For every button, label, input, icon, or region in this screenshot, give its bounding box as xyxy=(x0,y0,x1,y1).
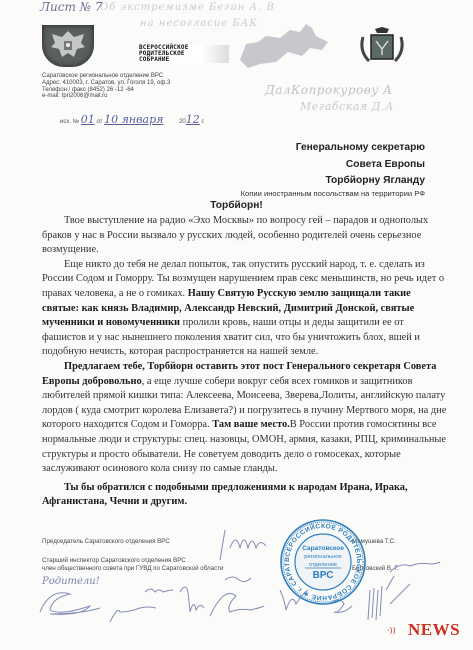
outgoing-prefix: исх. № xyxy=(60,119,79,125)
letter-body: Твое выступление на радио «Эхо Москвы» п… xyxy=(42,214,447,510)
address-phone: Телефон / факс (8452) 26 -12 -64 xyxy=(42,87,170,94)
recipient-organization: Совета Европы xyxy=(296,157,425,174)
outgoing-date: 10 января xyxy=(104,113,177,126)
russian-coat-of-arms-icon xyxy=(42,25,94,67)
sheet-number-note: Лист № 7 xyxy=(40,0,102,14)
address-org-name: Саратовское региональное отделение ВРС xyxy=(42,73,170,80)
outgoing-year-prefix: 20 xyxy=(179,119,186,125)
paragraph-3: Предлагаем тебе, Торбйорн оставить этот … xyxy=(42,360,447,477)
paragraph-4-bold: Ты бы обратился с подобными предложениям… xyxy=(42,482,408,508)
news-watermark: NEWS xyxy=(408,620,460,640)
vrs-organization-logo: ВСЕРОССИЙСКОЕ РОДИТЕЛЬСКОЕ СОБРАНИЕ xyxy=(139,45,229,63)
handwritten-signatures xyxy=(30,520,470,630)
russia-map-icon xyxy=(240,22,330,70)
paragraph-2: Еще никто до тебя не делал попыток, так … xyxy=(42,258,447,360)
organization-address-block: Саратовское региональное отделение ВРС А… xyxy=(42,73,170,100)
handwritten-note-side-2: Мегабская Д.А xyxy=(300,100,394,113)
paragraph-4: Ты бы обратился с подобными предложениям… xyxy=(42,481,447,510)
outgoing-number-line: исх. № 01 от 10 января 2012 г. xyxy=(60,113,205,126)
svg-text:отделение: отделение xyxy=(309,562,337,568)
handwritten-note-side-1: ДалКопрокурову А xyxy=(265,83,393,97)
recipient-title: Генеральному секретарю xyxy=(296,140,425,157)
broadcast-wave-icon: ·)) xyxy=(387,626,396,635)
recipient-name: Торбйорну Ягланду xyxy=(296,173,425,190)
outgoing-number: 01 xyxy=(81,113,95,126)
logo-line-3: СОБРАНИЕ xyxy=(139,57,229,63)
outgoing-from-label: от xyxy=(96,119,102,125)
svg-text:ВРС: ВРС xyxy=(313,570,334,581)
svg-text:региональное: региональное xyxy=(304,554,342,560)
letter-greeting: Торбйорн! xyxy=(0,200,473,211)
saratov-coat-of-arms-icon xyxy=(357,27,407,67)
address-street: Адрес: 410003, г. Саратов, ул. Гоголя 19… xyxy=(42,80,170,87)
svg-text:Саратовское: Саратовское xyxy=(302,545,344,552)
address-email: e-mail: tpri2006@mail.ru xyxy=(42,93,170,100)
copies-note: Копии иностранным посольствам на террито… xyxy=(241,189,425,198)
handwritten-note-top-1: Об экстремизме Бегин А. В xyxy=(100,2,275,13)
paragraph-3-bold-2: Там ваше место. xyxy=(212,419,290,430)
outgoing-suffix: г. xyxy=(201,119,204,125)
outgoing-year: 12 xyxy=(186,113,200,126)
recipient-block: Генеральному секретарю Совета Европы Тор… xyxy=(296,140,425,190)
paragraph-1: Твое выступление на радио «Эхо Москвы» п… xyxy=(42,214,447,258)
official-stamp: ВСЕРОССИЙСКОЕ РОДИТЕЛЬСКОЕ СОБРАНИЕ ★ г.… xyxy=(279,518,367,606)
